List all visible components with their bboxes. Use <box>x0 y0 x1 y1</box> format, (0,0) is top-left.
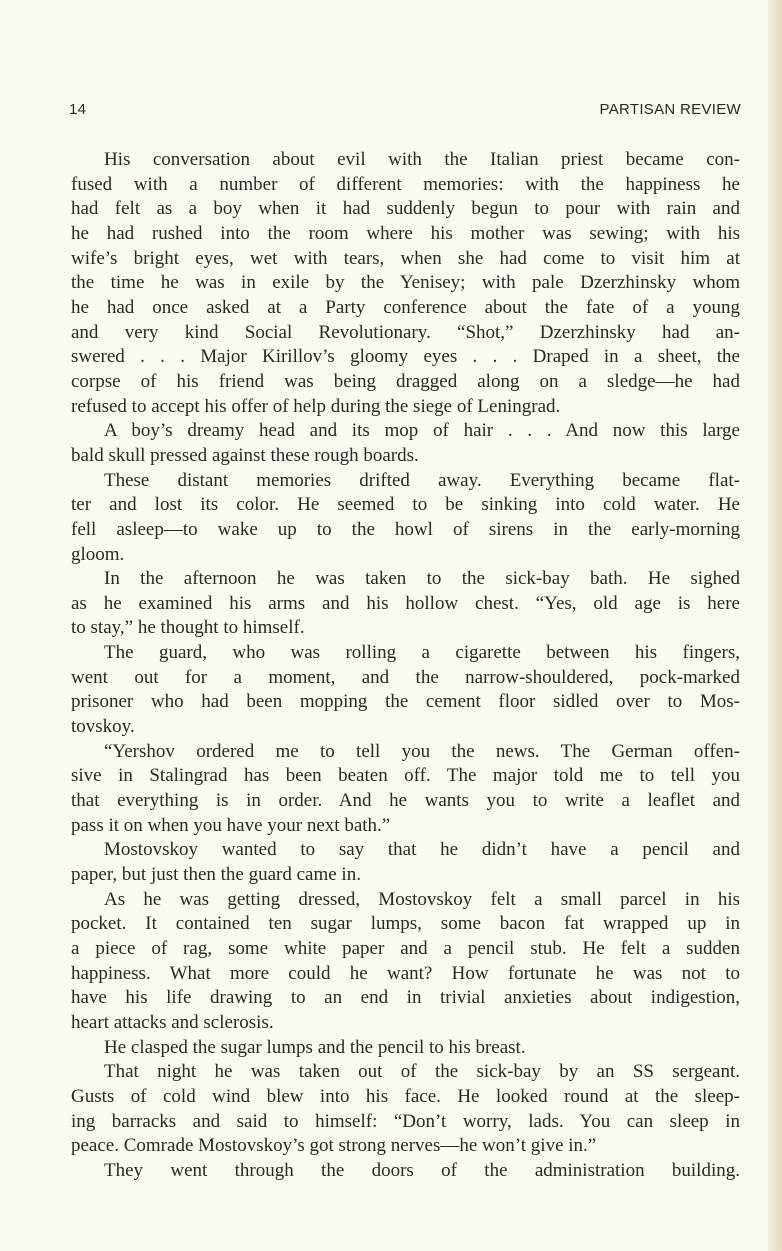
text-line: heart attacks and sclerosis. <box>71 1011 740 1036</box>
text-line: refused to accept his offer of help duri… <box>71 395 740 420</box>
text-line: pocket. It contained ten sugar lumps, so… <box>71 912 740 937</box>
text-line: That night he was taken out of the sick-… <box>71 1060 740 1085</box>
text-line: His conversation about evil with the Ita… <box>71 148 740 173</box>
paragraph: He clasped the sugar lumps and the penci… <box>71 1036 740 1061</box>
paragraph: They went through the doors of the admin… <box>71 1159 740 1184</box>
paragraph: In the afternoon he was taken to the sic… <box>71 567 740 641</box>
text-line: prisoner who had been mopping the cement… <box>71 690 740 715</box>
text-line: In the afternoon he was taken to the sic… <box>71 567 740 592</box>
text-line: tovskoy. <box>71 715 740 740</box>
text-line: happiness. What more could he want? How … <box>71 962 740 987</box>
paragraph: The guard, who was rolling a cigarette b… <box>71 641 740 740</box>
paragraph: “Yershov ordered me to tell you the news… <box>71 740 740 839</box>
page-number: 14 <box>69 101 86 118</box>
text-line: The guard, who was rolling a cigarette b… <box>71 641 740 666</box>
article-body: His conversation about evil with the Ita… <box>71 148 740 1184</box>
text-line: corpse of his friend was being dragged a… <box>71 370 740 395</box>
text-line: wife’s bright eyes, wet with tears, when… <box>71 247 740 272</box>
paragraph: His conversation about evil with the Ita… <box>71 148 740 419</box>
text-line: that everything is in order. And he want… <box>71 789 740 814</box>
text-line: Gusts of cold wind blew into his face. H… <box>71 1085 740 1110</box>
text-line: and very kind Social Revolutionary. “Sho… <box>71 321 740 346</box>
paragraph: These distant memories drifted away. Eve… <box>71 469 740 568</box>
text-line: he had rushed into the room where his mo… <box>71 222 740 247</box>
text-line: had felt as a boy when it had suddenly b… <box>71 197 740 222</box>
text-line: fell asleep—to wake up to the howl of si… <box>71 518 740 543</box>
text-line: paper, but just then the guard came in. <box>71 863 740 888</box>
text-line: He clasped the sugar lumps and the penci… <box>71 1036 740 1061</box>
text-line: the time he was in exile by the Yenisey;… <box>71 271 740 296</box>
text-line: sive in Stalingrad has been beaten off. … <box>71 764 740 789</box>
text-line: swered . . . Major Kirillov’s gloomy eye… <box>71 345 740 370</box>
page-edge <box>768 0 782 1251</box>
text-line: ing barracks and said to himself: “Don’t… <box>71 1110 740 1135</box>
text-line: went out for a moment, and the narrow-sh… <box>71 666 740 691</box>
paragraph: That night he was taken out of the sick-… <box>71 1060 740 1159</box>
journal-title: PARTISAN REVIEW <box>600 101 741 118</box>
text-line: have his life drawing to an end in trivi… <box>71 986 740 1011</box>
text-line: a piece of rag, some white paper and a p… <box>71 937 740 962</box>
text-line: These distant memories drifted away. Eve… <box>71 469 740 494</box>
text-line: bald skull pressed against these rough b… <box>71 444 740 469</box>
text-line: to stay,” he thought to himself. <box>71 616 740 641</box>
paragraph: Mostovskoy wanted to say that he didn’t … <box>71 838 740 887</box>
text-line: gloom. <box>71 543 740 568</box>
paragraph: As he was getting dressed, Mostovskoy fe… <box>71 888 740 1036</box>
paragraph: A boy’s dreamy head and its mop of hair … <box>71 419 740 468</box>
text-line: As he was getting dressed, Mostovskoy fe… <box>71 888 740 913</box>
running-head: 14 PARTISAN REVIEW <box>69 101 741 121</box>
text-line: pass it on when you have your next bath.… <box>71 814 740 839</box>
text-line: as he examined his arms and his hollow c… <box>71 592 740 617</box>
text-line: peace. Comrade Mostovskoy’s got strong n… <box>71 1134 740 1159</box>
text-line: They went through the doors of the admin… <box>71 1159 740 1184</box>
text-line: fused with a number of different memorie… <box>71 173 740 198</box>
text-line: “Yershov ordered me to tell you the news… <box>71 740 740 765</box>
text-line: Mostovskoy wanted to say that he didn’t … <box>71 838 740 863</box>
text-line: ter and lost its color. He seemed to be … <box>71 493 740 518</box>
text-line: A boy’s dreamy head and its mop of hair … <box>71 419 740 444</box>
text-line: he had once asked at a Party conference … <box>71 296 740 321</box>
